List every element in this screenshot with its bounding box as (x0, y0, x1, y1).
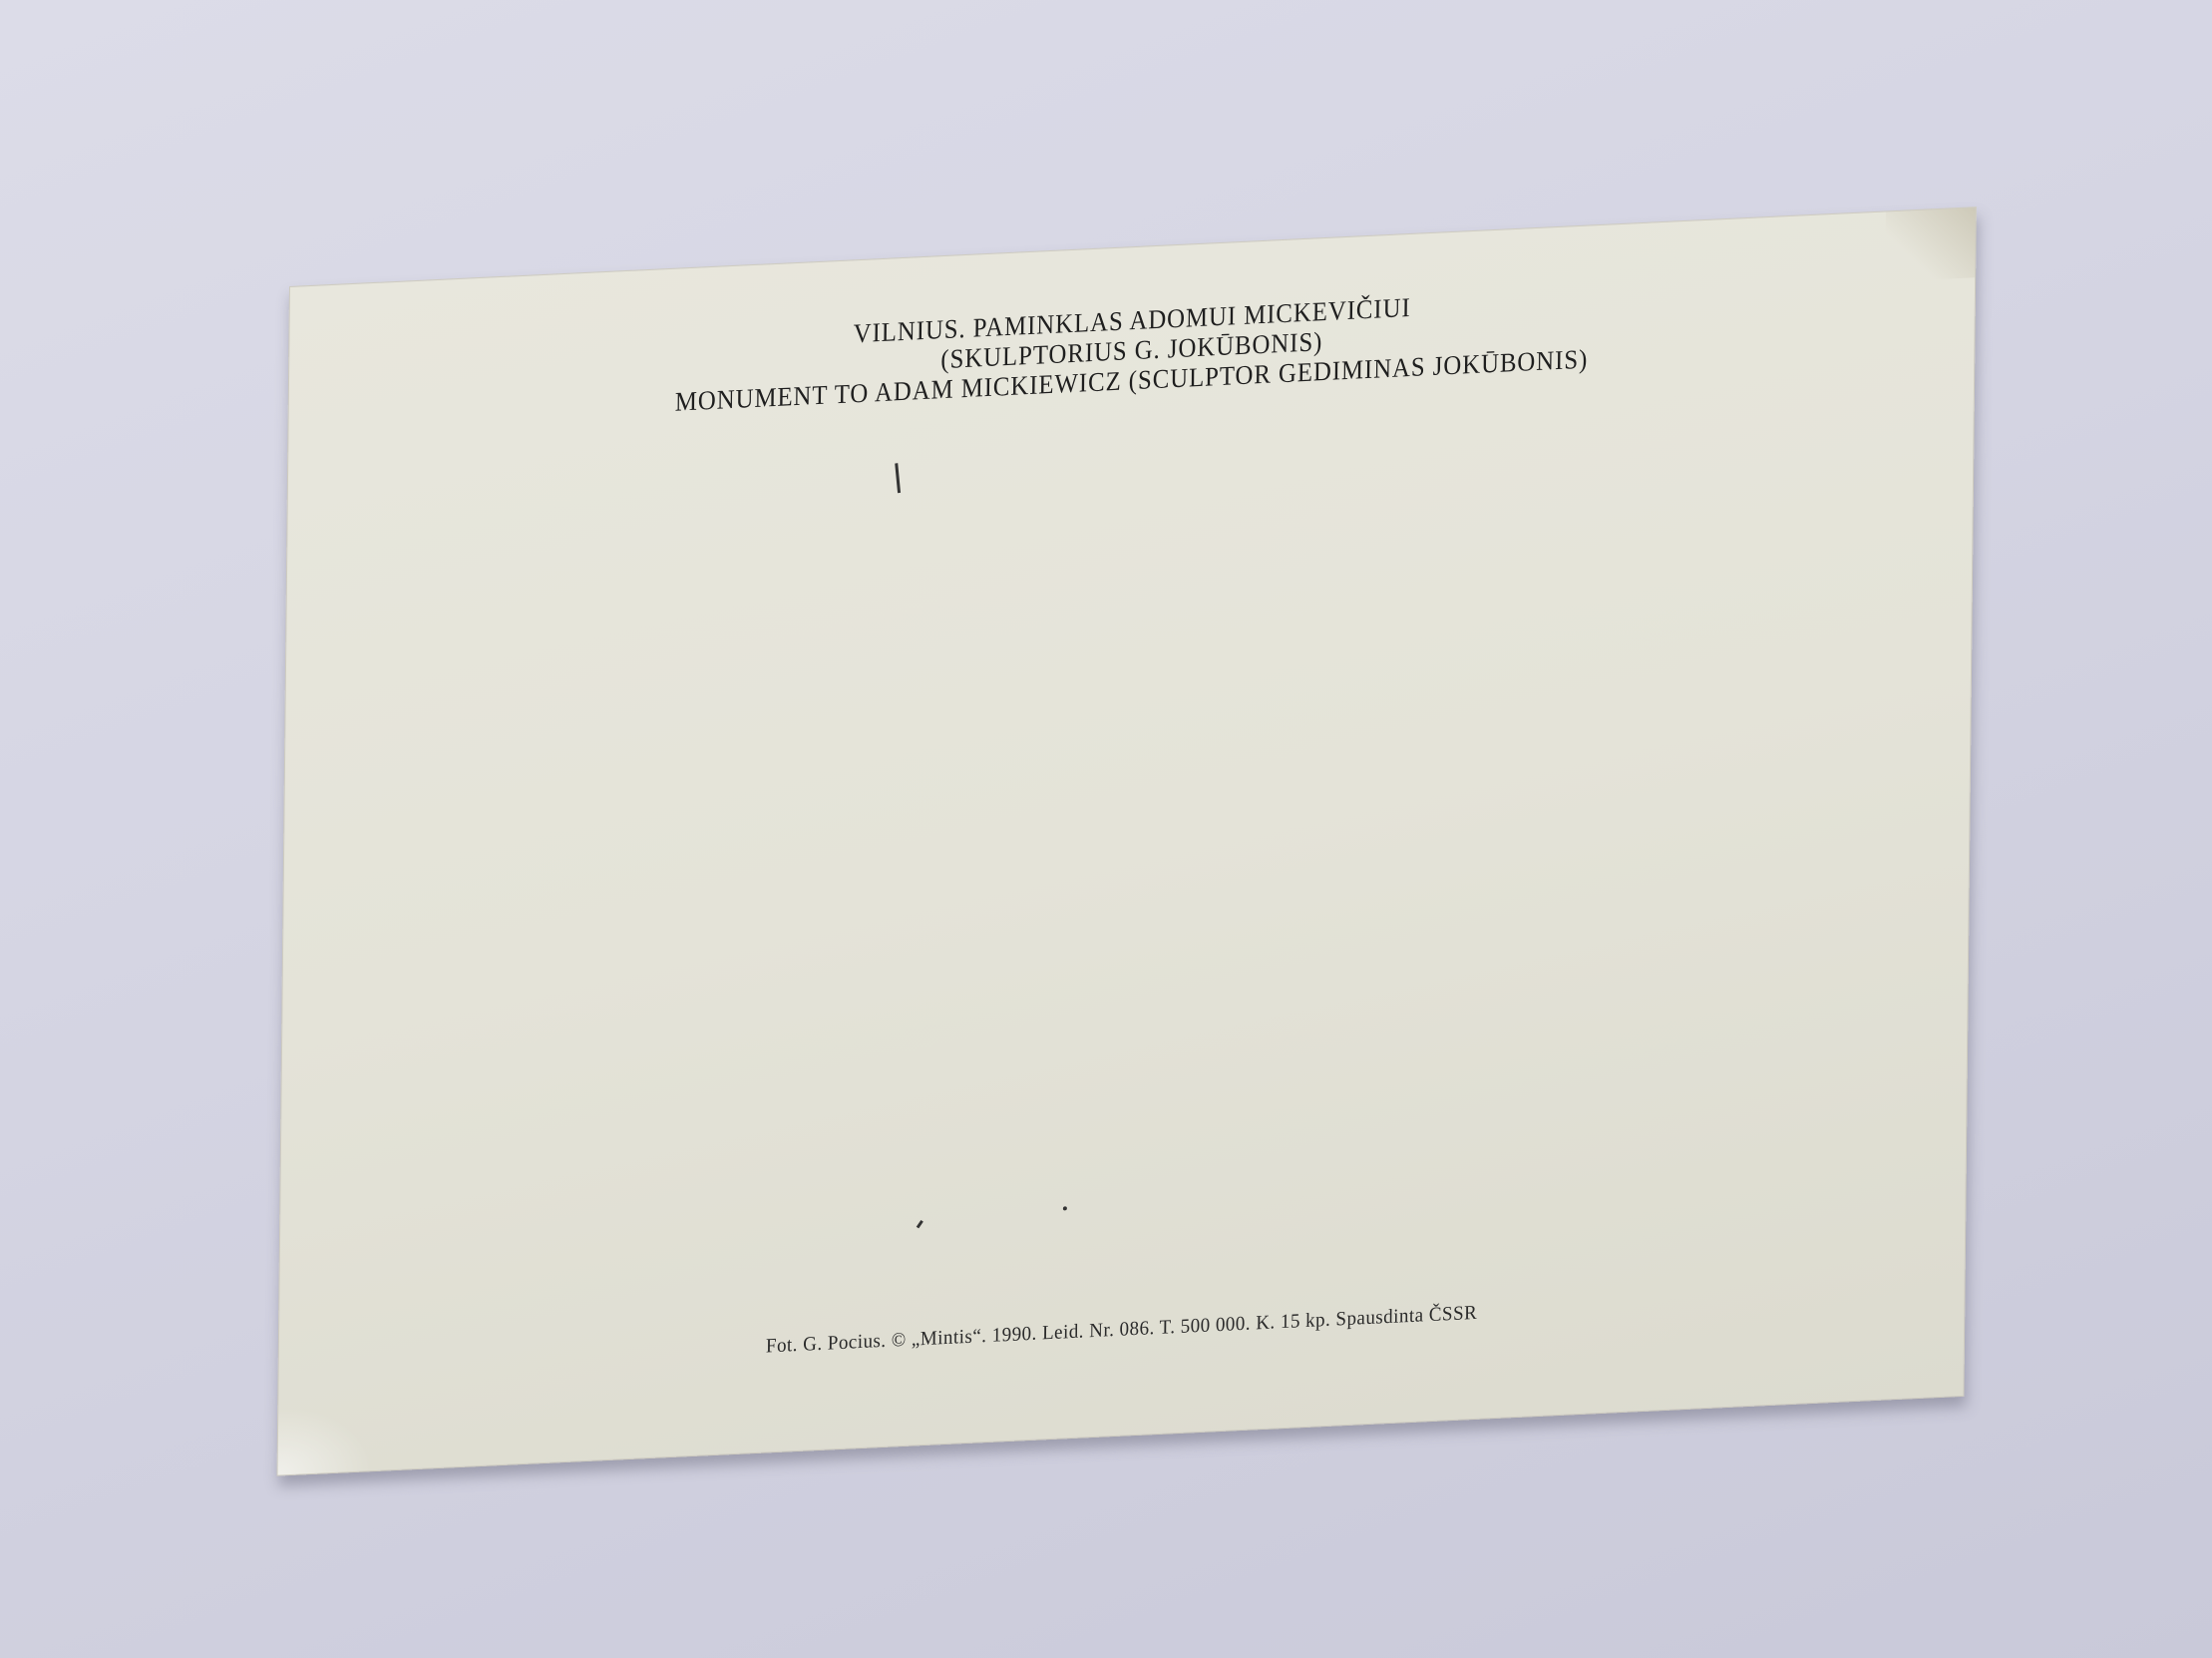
publisher-footer: Fot. G. Pocius. © „Mintis“. 1990. Leid. … (321, 1281, 1923, 1380)
ink-dot (1063, 1206, 1067, 1210)
ink-dot (917, 1220, 923, 1228)
postcard-back: VILNIUS. PAMINKLAS ADOMUI MICKEVIČIUI (S… (277, 207, 1977, 1475)
ink-mark (895, 463, 901, 493)
postcard-title: VILNIUS. PAMINKLAS ADOMUI MICKEVIČIUI (S… (356, 268, 1908, 431)
